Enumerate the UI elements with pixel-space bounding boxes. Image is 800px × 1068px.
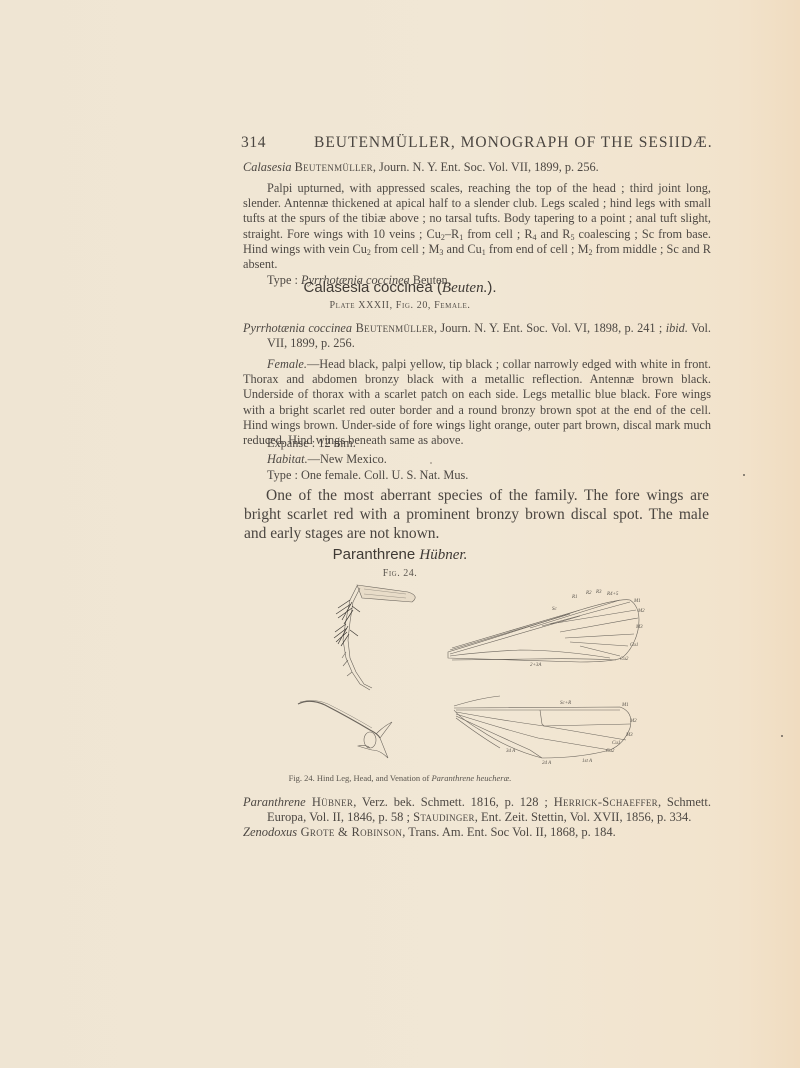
svg-text:M3: M3	[625, 733, 633, 738]
svg-text:R4+5: R4+5	[606, 592, 619, 597]
species-heading: Calasesia coccinea (Beuten.).	[0, 279, 800, 297]
expanse: Expanse : 12 mm.	[243, 436, 711, 451]
svg-text:M1: M1	[633, 599, 641, 604]
svg-text:Sc+R: Sc+R	[560, 701, 571, 706]
forewing-venation: R1 R2 R3 R4+5 Sc M1 M2 M3 Cu1 Cu2 2+3A	[448, 590, 645, 668]
figure-caption: Fig. 24. Hind Leg, Head, and Venation of…	[0, 773, 800, 783]
paper-speck	[430, 462, 432, 464]
svg-text:M2: M2	[629, 719, 637, 724]
svg-text:1st A: 1st A	[582, 759, 593, 764]
svg-text:R3: R3	[595, 590, 602, 595]
genus-citation: Calasesia Beutenmüller, Journ. N. Y. Ent…	[243, 160, 711, 175]
svg-text:2d A: 2d A	[542, 761, 552, 766]
figure-24: R1 R2 R3 R4+5 Sc M1 M2 M3 Cu1 Cu2 2+3A	[280, 580, 700, 770]
citation-zenodoxus: Zenodoxus Grote & Robinson, Trans. Am. E…	[243, 825, 711, 840]
plate-reference: Plate XXXII, Fig. 20, Female.	[0, 300, 800, 311]
svg-text:M3: M3	[635, 625, 643, 630]
genus-description: Palpi upturned, with appressed scales, r…	[243, 181, 711, 288]
svg-text:M2: M2	[637, 609, 645, 614]
figure-label: Fig. 24.	[0, 568, 800, 579]
svg-text:Cu2: Cu2	[606, 749, 615, 754]
genus-heading-paranthrene: Paranthrene Hübner.	[0, 546, 800, 564]
citation-reference: , Journ. N. Y. Ent. Soc. Vol. VII, 1899,…	[373, 160, 599, 174]
svg-text:Cu2: Cu2	[620, 657, 629, 662]
running-title: BEUTENMÜLLER, MONOGRAPH OF THE SESIIDÆ.	[314, 134, 713, 152]
species-details: Expanse : 12 mm. Habitat.—New Mexico. Ty…	[243, 436, 711, 484]
svg-text:Cu1: Cu1	[612, 741, 620, 746]
paper-speck	[781, 735, 783, 737]
svg-text:2+3A: 2+3A	[530, 663, 542, 668]
svg-text:Cu1: Cu1	[630, 643, 638, 648]
head-illustration	[298, 700, 392, 758]
hindwing-venation: Sc+R M1 M2 M3 Cu1 Cu2 1st A 2d A 3d A	[454, 696, 637, 766]
svg-text:M1: M1	[621, 703, 629, 708]
citation-paranthrene: Paranthrene Hübner, Verz. bek. Schmett. …	[243, 795, 711, 825]
citation-author: Beutenmüller	[295, 160, 373, 174]
svg-text:3d A: 3d A	[506, 749, 516, 754]
svg-text:R2: R2	[585, 591, 592, 596]
page-number: 314	[241, 134, 266, 152]
type-specimen: Type : One female. Coll. U. S. Nat. Mus.	[243, 468, 711, 483]
paranthrene-citations: Paranthrene Hübner, Verz. bek. Schmett. …	[243, 795, 711, 841]
species-synonymy: Pyrrhotænia coccinea Beutenmüller, Journ…	[243, 321, 711, 351]
paper-speck	[743, 474, 745, 476]
hind-leg-illustration	[334, 585, 415, 690]
species-remarks: One of the most aberrant species of the …	[244, 486, 709, 543]
book-page: 314 BEUTENMÜLLER, MONOGRAPH OF THE SESII…	[0, 0, 800, 1068]
genus-name: Calasesia	[243, 160, 292, 174]
svg-text:Sc: Sc	[552, 607, 558, 612]
svg-text:R1: R1	[571, 595, 578, 600]
habitat: Habitat.—New Mexico.	[243, 452, 711, 467]
female-description: Female.—Head black, palpi yellow, tip bl…	[243, 357, 711, 448]
